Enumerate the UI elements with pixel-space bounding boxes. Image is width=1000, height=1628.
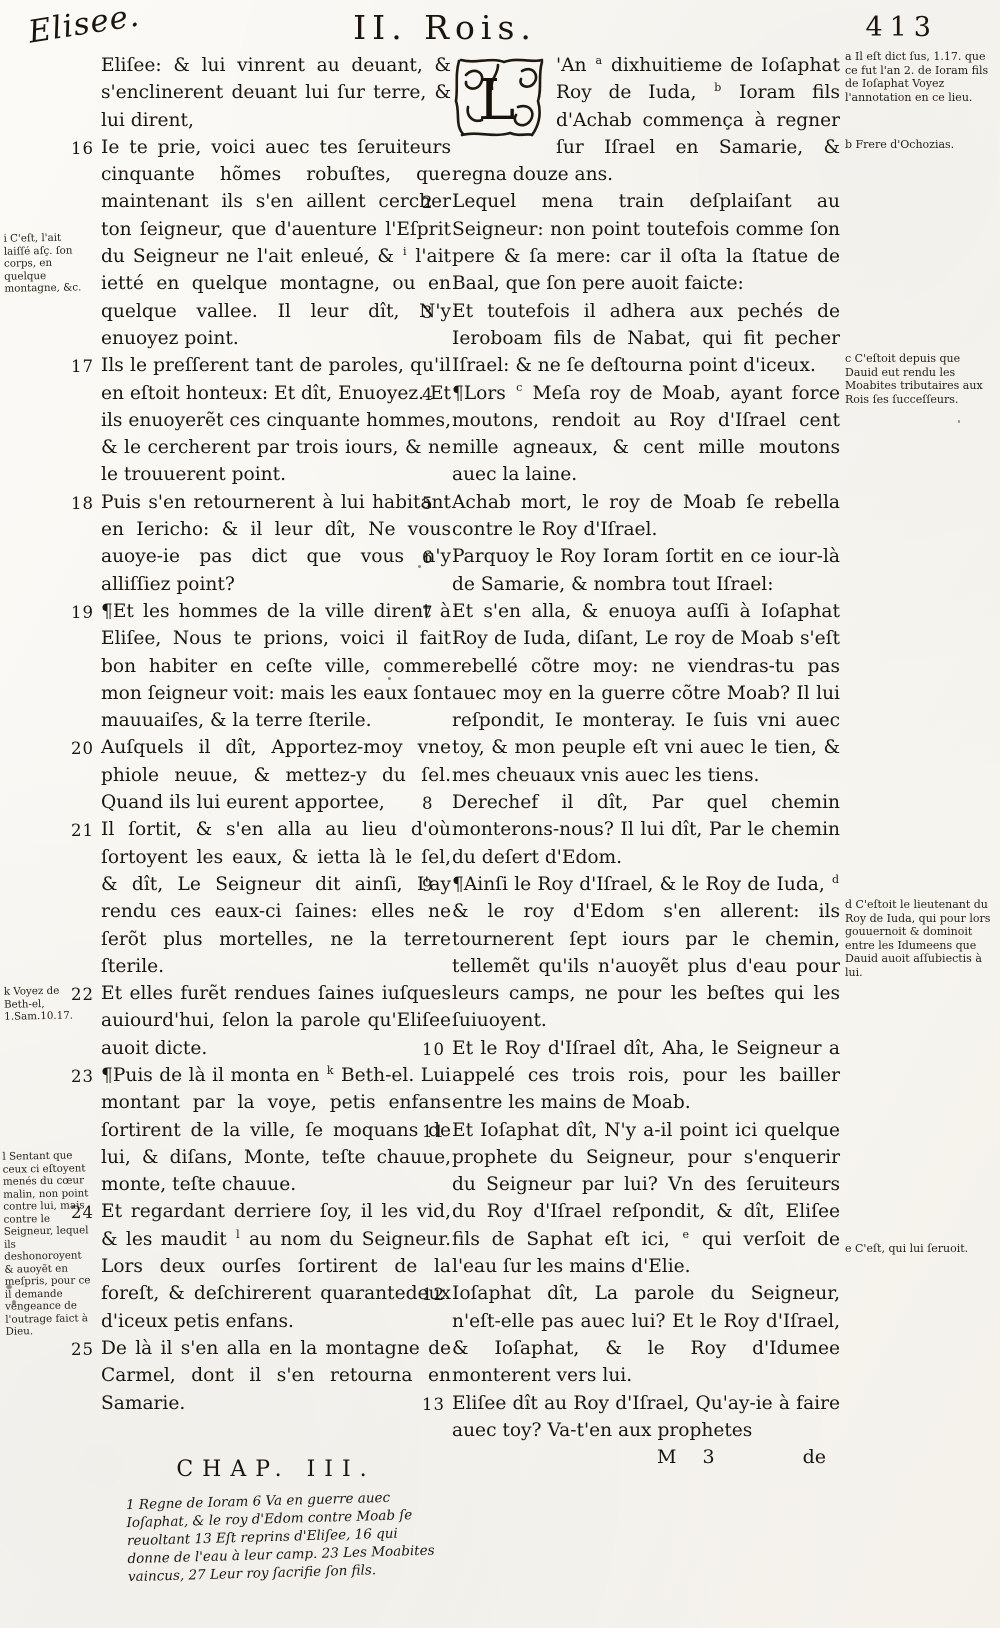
- woodcut-ornament-icon: L: [452, 55, 546, 139]
- ink-speck: [958, 420, 960, 423]
- left-margin-notes: i C'eſt, l'ait laiſſé aſç. ſon corps, en…: [4, 0, 92, 1628]
- drop-cap-initial: L: [452, 55, 546, 139]
- verse-number: 18: [71, 490, 94, 517]
- catchword: de: [803, 1446, 826, 1468]
- margin-note: a Il eſt dict ſus, 1.17. que ce fut l'an…: [845, 50, 993, 104]
- ink-speck: [6, 1285, 12, 1289]
- note-reference: a: [595, 54, 602, 67]
- verse-paragraph: L'An a dixhuitieme de Ioſaphat Roy de Iu…: [452, 52, 840, 188]
- signature-mark: M 3: [657, 1446, 725, 1468]
- verse-number: 22: [71, 981, 94, 1008]
- verse-number: 16: [71, 135, 94, 162]
- note-reference: k: [327, 1064, 334, 1077]
- note-reference: e: [683, 1228, 690, 1241]
- verse-number: 21: [71, 817, 94, 844]
- verse-paragraph: 13Eliſee dît au Roy d'Iſrael, Qu'ay-ie à…: [452, 1390, 840, 1445]
- verse-number: 17: [71, 353, 94, 380]
- ink-speck: [388, 677, 391, 680]
- margin-note: l Sentant que ceux ci eſtoyent menés du …: [2, 1149, 91, 1338]
- margin-note: e C'eſt, qui lui ſeruoit.: [845, 1242, 993, 1256]
- right-verses: L'An a dixhuitieme de Ioſaphat Roy de Iu…: [452, 52, 840, 1444]
- left-verses: 16Ie te prie, voici auec tes ſeruiteurs …: [101, 134, 451, 1417]
- note-reference: i: [403, 245, 407, 258]
- note-reference: b: [714, 81, 721, 94]
- verse-paragraph: 7Et s'en alla, & enuoya auſſi à Ioſaphat…: [452, 598, 840, 789]
- verse-paragraph: 19¶Et les hommes de la ville dirent à El…: [101, 598, 451, 734]
- verse-paragraph: 17Ils le preſſerent tant de paroles, qu'…: [101, 352, 451, 488]
- note-reference: l: [236, 1228, 240, 1241]
- intro-paragraph: Eliſee: & lui vinrent au deuant, & s'enc…: [101, 52, 451, 134]
- verse-paragraph: 2Lequel mena train deſplaiſant au Seigne…: [452, 188, 840, 297]
- signature-line: M 3 de: [452, 1446, 840, 1468]
- verse-paragraph: 8Derechef il dît, Par quel chemin monter…: [452, 789, 840, 871]
- right-text-column: L'An a dixhuitieme de Ioſaphat Roy de Iu…: [452, 52, 840, 1468]
- verse-number: 9: [422, 872, 434, 899]
- margin-note: b Frere d'Ochozias.: [845, 138, 993, 152]
- verse-paragraph: 22Et elles furẽt rendues ſaines iuſques …: [101, 980, 451, 1062]
- verse-number: 6: [422, 544, 434, 571]
- verse-number: 4: [422, 381, 434, 408]
- right-margin-notes: a Il eſt dict ſus, 1.17. que ce fut l'an…: [845, 0, 995, 1628]
- margin-note: i C'eſt, l'ait laiſſé aſç. ſon corps, en…: [3, 231, 90, 295]
- margin-note: d C'eſtoit le lieutenant du Roy de Iuda,…: [845, 898, 993, 979]
- verse-paragraph: 3Et toutefois il adhera aux pechés de Ie…: [452, 298, 840, 380]
- verse-number: 2: [422, 189, 434, 216]
- verse-number: 11: [422, 1118, 445, 1145]
- verse-number: 5: [422, 490, 434, 517]
- verse-paragraph: 23¶Puis de là il monta en k Beth-el. Lui…: [101, 1062, 451, 1198]
- verse-number: 24: [71, 1199, 94, 1226]
- verse-paragraph: 24Et regardant derriere ſoy, il les vid,…: [101, 1198, 451, 1334]
- verse-paragraph: 4¶Lors c Meſa roy de Moab, ayant force m…: [452, 380, 840, 489]
- running-head-center: II. Rois.: [0, 8, 890, 47]
- verse-paragraph: 20Auſquels il dît, Apportez-moy vne phio…: [101, 734, 451, 816]
- chapter-summary: 1 Regne de Ioram 6 Va en guerre auec Ioſ…: [100, 1487, 452, 1587]
- verse-paragraph: 16Ie te prie, voici auec tes ſeruiteurs …: [101, 134, 451, 352]
- ink-speck: [418, 565, 421, 568]
- verse-paragraph: 18Puis s'en retournerent à lui habitant …: [101, 489, 451, 598]
- margin-note: c C'eſtoit depuis que Dauid eut rendu le…: [845, 352, 993, 406]
- note-reference: c: [516, 381, 522, 394]
- verse-paragraph: 12Ioſaphat dît, La parole du Seigneur, n…: [452, 1280, 840, 1389]
- verse-number: 8: [422, 790, 434, 817]
- verse-paragraph: 21Il ſortit, & s'en alla au lieu d'où ſo…: [101, 816, 451, 980]
- chapter-heading: CHAP. III.: [101, 1457, 451, 1482]
- verse-number: 25: [71, 1336, 94, 1363]
- verse-paragraph: 10Et le Roy d'Iſrael dît, Aha, le Seigne…: [452, 1035, 840, 1117]
- ink-speck: [12, 1300, 16, 1305]
- note-reference: d: [832, 873, 839, 886]
- verse-number: 19: [71, 599, 94, 626]
- verse-number: 7: [422, 599, 434, 626]
- verse-paragraph: 11Et Ioſaphat dît, N'y a-il point ici qu…: [452, 1117, 840, 1281]
- verse-number: 23: [71, 1063, 94, 1090]
- verse-paragraph: 25De là il s'en alla en la montagne de C…: [101, 1335, 451, 1417]
- verse-number: 20: [71, 735, 94, 762]
- verse-paragraph: 5Achab mort, le roy de Moab ſe rebella c…: [452, 489, 840, 544]
- verse-paragraph: 9¶Ainſi le Roy d'Iſrael, & le Roy de Iud…: [452, 871, 840, 1035]
- verse-paragraph: 6Parquoy le Roy Ioram ſortit en ce iour-…: [452, 543, 840, 598]
- verse-number: 12: [422, 1281, 445, 1308]
- verse-number: 10: [422, 1036, 445, 1063]
- verse-number: 3: [422, 299, 434, 326]
- left-text-column: Eliſee: & lui vinrent au deuant, & s'enc…: [101, 52, 451, 1582]
- book-page: Elisee. II. Rois. 413 i C'eſt, l'ait lai…: [0, 0, 1000, 1628]
- verse-number: 13: [422, 1391, 445, 1418]
- svg-text:L: L: [478, 68, 515, 133]
